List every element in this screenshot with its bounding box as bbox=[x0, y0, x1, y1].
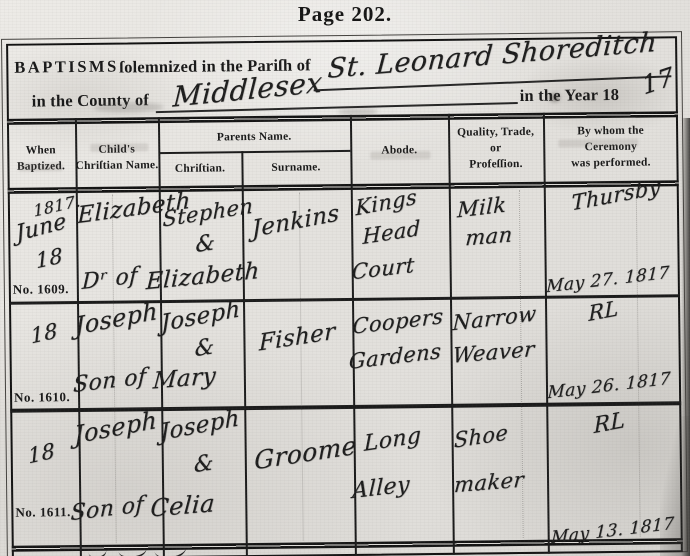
header-parent-christian: Chriſtian. bbox=[158, 160, 241, 177]
bleed-through-smudge bbox=[18, 163, 62, 171]
row1-ampersand: & bbox=[195, 230, 215, 258]
register-page: BAPTISMS ſolemnized in the Pariſh of St.… bbox=[0, 0, 690, 556]
row3-ampersand: & bbox=[194, 450, 214, 478]
row2-mother-name: Mary bbox=[152, 363, 217, 394]
year-label: in the Year 18 bbox=[520, 83, 620, 107]
bleed-through-smudge bbox=[370, 151, 430, 160]
header-parents-name: Parents Name. bbox=[158, 128, 350, 146]
row1-trade-line2: man bbox=[464, 222, 513, 250]
ink-smudge bbox=[550, 94, 560, 102]
row2-entry-number: No. 1610. bbox=[14, 388, 70, 407]
header-quality-trade: Quality, Trade, or Profeſſion. bbox=[448, 124, 544, 173]
row1-entry-number: No. 1609. bbox=[13, 280, 69, 299]
bleed-through-smudge bbox=[558, 139, 638, 148]
row3-mother-name: Celia bbox=[149, 489, 216, 523]
baptisms-heading-word: BAPTISMS bbox=[14, 55, 119, 79]
row2-ampersand: & bbox=[195, 334, 215, 362]
bleed-through-smudge bbox=[90, 143, 148, 152]
header-parent-surname: Surname. bbox=[241, 159, 350, 176]
corner-shadow bbox=[660, 416, 690, 556]
row3-entry-number: No. 1611. bbox=[15, 503, 71, 522]
baptism-register-scan: Page 202. BAPTISMS ſolemnized in the Par… bbox=[0, 0, 690, 556]
